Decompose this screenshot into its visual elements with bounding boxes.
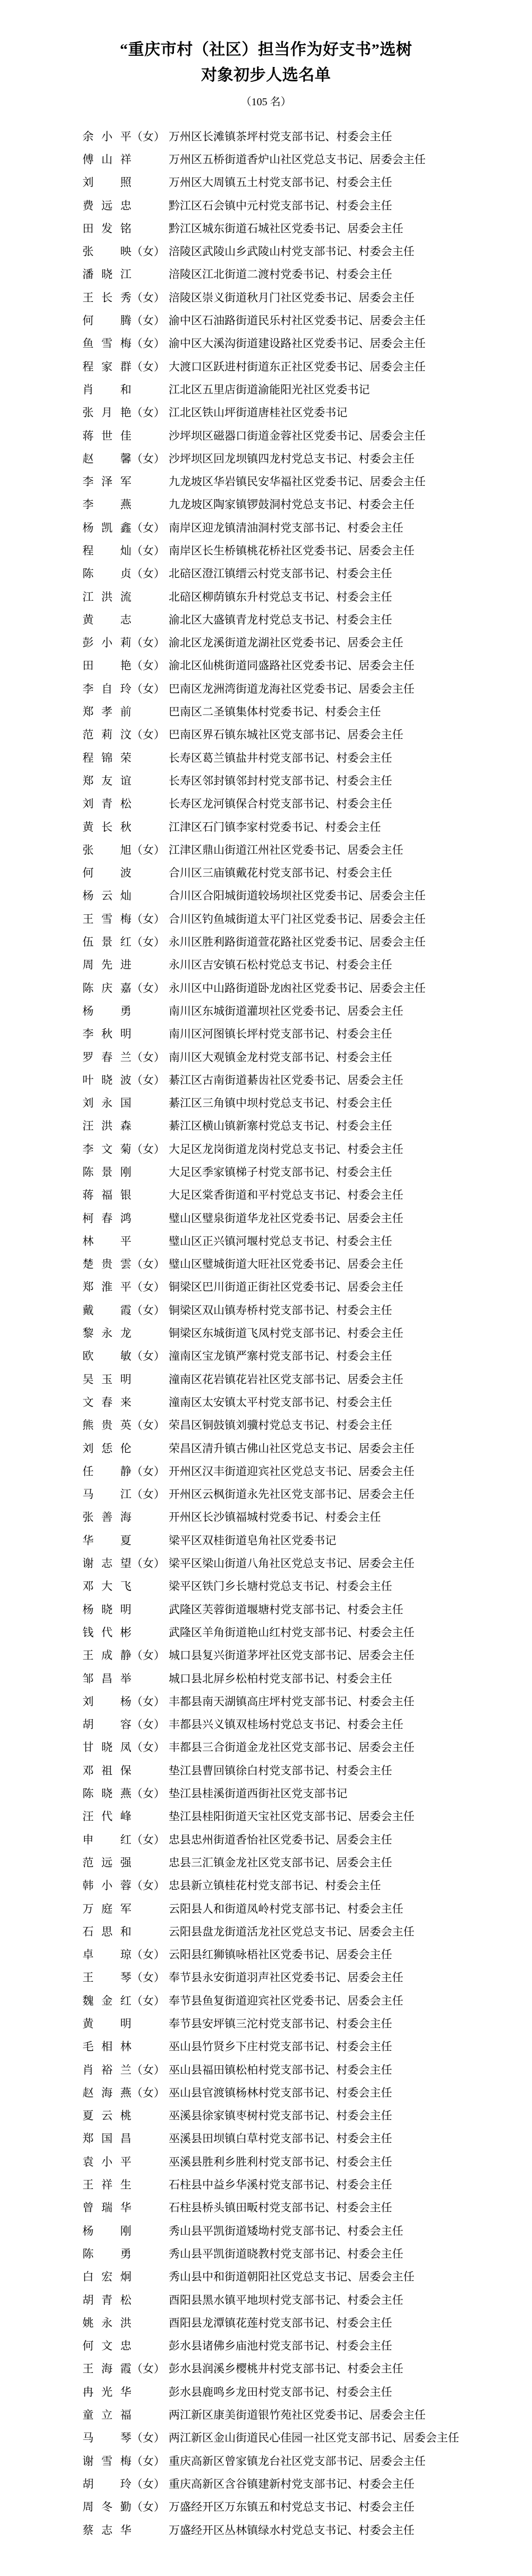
gender-label: （女） [131,1049,169,1065]
person-position: 渝中区石油路街道民乐村社区党委书记、居委会主任 [169,312,532,328]
list-item: 赵海燕 （女） 巫山县官渡镇杨林村党支部书记、村委会主任 [0,2081,532,2103]
person-name: 毛相林 [82,2038,131,2054]
gender-label: （女） [131,1647,169,1663]
person-name: 何文忠 [82,2337,131,2353]
list-item: 傅山祥 万州区五桥街道香炉山社区党总支书记、居委会主任 [0,147,532,170]
gender-label: （女） [131,634,169,650]
person-position: 万州区五桥街道香炉山社区党总支书记、居委会主任 [169,151,532,167]
list-item: 李文菊 （女） 大足区龙岗街道龙岗村党总支书记、村委会主任 [0,1137,532,1160]
person-position: 重庆高新区含谷镇建新村党支部书记、村委会主任 [169,2476,532,2491]
person-position: 沙坪坝区磁器口街道金蓉社区党委书记、居委会主任 [169,427,532,443]
list-item: 石思和 云阳县盘龙街道活龙社区党总支书记、居委会主任 [0,1920,532,1942]
list-item: 肖裕兰 （女） 巫山县福田镇松柏村党支部书记、村委会主任 [0,2058,532,2081]
person-position: 大足区龙岗街道龙岗村党总支书记、村委会主任 [169,1141,532,1157]
list-item: 熊贵英 （女） 荣昌区铜鼓镇刘骥村党总支书记、村委会主任 [0,1413,532,1436]
list-item: 马江 （女） 开州区云枫街道永先社区党支部书记、居委会主任 [0,1483,532,1505]
list-item: 蒋世佳 沙坪坝区磁器口街道金蓉社区党委书记、居委会主任 [0,424,532,447]
person-position: 巫溪县胜利乡胜利村党支部书记、村委会主任 [169,2153,532,2169]
person-position: 合川区三庙镇戴花村党支部书记、村委会主任 [169,864,532,880]
list-item: 李燕 九龙坡区陶家镇锣鼓洞村党总支书记、村委会主任 [0,493,532,516]
list-item: 鱼雪梅 （女） 渝中区大溪沟街道建设路社区党委书记、居委会主任 [0,332,532,355]
person-name: 张旭 [82,841,131,857]
gender-label: （女） [131,1463,169,1479]
gender-label: （女） [131,1946,169,1962]
person-position: 城口县北屏乡松柏村党支部书记、村委会主任 [169,1670,532,1686]
person-position: 巴南区界石镇东城社区党支部书记、居委会主任 [169,726,532,742]
person-position: 大渡口区跃进村街道东正社区党委书记、居委会主任 [169,358,532,374]
gender-label: （女） [131,1992,169,2008]
list-item: 杨云灿 合川区合阳城街道较场坝社区党委书记、居委会主任 [0,884,532,907]
person-position: 涪陵区武陵山乡武陵山村党支部书记、村委会主任 [169,243,532,259]
person-position: 合川区合阳城街道较场坝社区党委书记、居委会主任 [169,887,532,903]
list-item: 甘晓凤 （女） 丰都县三合街道金龙社区党支部书记、居委会主任 [0,1736,532,1758]
person-position: 黔江区城东街道石城社区党委书记、居委会主任 [169,220,532,236]
person-name: 任静 [82,1463,131,1479]
person-name: 潘晓江 [82,266,131,282]
person-name: 李燕 [82,496,131,512]
person-position: 南川区大观镇金龙村党支部书记、村委会主任 [169,1049,532,1065]
list-item: 白宏炯 秀山县中和街道朝阳社区党总支书记、居委会主任 [0,2265,532,2288]
gender-label: （女） [131,2453,169,2469]
person-name: 彭小莉 [82,634,131,650]
list-item: 田艳 （女） 渝北区仙桃街道同盛路社区党委书记、居委会主任 [0,654,532,677]
list-item: 杨晓明 武隆区芙蓉街道堰塘村党支部书记、村委会主任 [0,1597,532,1620]
list-item: 蔡志华 万盛经开区丛林镇绿水村党总支书记、村委会主任 [0,2518,532,2541]
list-item: 郑国昌 巫溪县田坝镇白草村党支部书记、村委会主任 [0,2127,532,2150]
list-item: 刘杨 （女） 丰都县南天湖镇高庄坪村党支部书记、村委会主任 [0,1689,532,1712]
list-item: 柯春鸿 璧山区璧泉街道华龙社区党委书记、居委会主任 [0,1206,532,1229]
person-position: 垫江县桂溪街道西街社区党支部书记 [169,1785,532,1801]
list-item: 杨刚 秀山县平凯街道矮坳村党支部书记、村委会主任 [0,2219,532,2242]
list-item: 张旭 （女） 江津区鼎山街道江州社区党委书记、居委会主任 [0,838,532,861]
person-position: 丰都县三合街道金龙社区党支部书记、居委会主任 [169,1739,532,1755]
person-position: 北碚区柳荫镇东升村党总支书记、村委会主任 [169,588,532,604]
list-item: 童立福 两江新区康美街道银竹苑社区党委书记、居委会主任 [0,2403,532,2426]
gender-label: （女） [131,2498,169,2514]
person-position: 巫溪县田坝镇白草村党支部书记、村委会主任 [169,2130,532,2146]
person-name: 文春来 [82,1394,131,1410]
list-item: 陈晓燕 （女） 垫江县桂溪街道西街社区党支部书记 [0,1781,532,1804]
gender-label: （女） [131,1785,169,1801]
person-position: 涪陵区崇义街道秋月门社区党委书记、居委会主任 [169,289,532,305]
person-position: 重庆高新区曾家镇龙台社区党支部书记、居委会主任 [169,2453,532,2469]
person-name: 黄明 [82,2015,131,2031]
gender-label: （女） [131,680,169,696]
person-position: 万州区大周镇五土村党支部书记、村委会主任 [169,174,532,190]
person-name: 魏金红 [82,1992,131,2008]
list-item: 程锦荣 长寿区葛兰镇盐井村党支部书记、村委会主任 [0,746,532,769]
person-position: 南川区东城街道灌坝社区党委书记、居委会主任 [169,1003,532,1018]
person-position: 秀山县中和街道朝阳社区党总支书记、居委会主任 [169,2268,532,2284]
person-name: 程锦荣 [82,750,131,765]
list-item: 刘永国 綦江区三角镇中坝村党总支书记、村委会主任 [0,1091,532,1114]
person-name: 袁小平 [82,2153,131,2169]
list-item: 蒋福银 大足区棠香街道和平村党总支书记、村委会主任 [0,1183,532,1206]
gender-label: （女） [131,1348,169,1363]
list-item: 郑友谊 长寿区邻封镇邻封村党支部书记、村委会主任 [0,769,532,792]
person-name: 胡青松 [82,2292,131,2308]
list-item: 赵馨 （女） 沙坪坝区回龙坝镇四龙村党总支书记、村委会主任 [0,447,532,469]
person-position: 渝北区仙桃街道同盛路社区党委书记、居委会主任 [169,657,532,673]
person-position: 云阳县人和街道凤岭村党支部书记、村委会主任 [169,1900,532,1916]
list-item: 李自玲 （女） 巴南区龙洲湾街道龙海社区党委书记、居委会主任 [0,677,532,700]
person-position: 綦江区横山镇新寨村党总支书记、村委会主任 [169,1117,532,1133]
person-position: 忠县三汇镇金龙社区党支部书记、居委会主任 [169,1854,532,1870]
person-name: 蒋福银 [82,1186,131,1202]
person-position: 永川区胜利路街道萱花路社区党委书记、居委会主任 [169,933,532,949]
list-item: 张善海 开州区长沙镇福城村党委书记、村委会主任 [0,1505,532,1528]
list-item: 王成静 （女） 城口县复兴街道茅坪社区党支部书记、居委会主任 [0,1644,532,1666]
list-item: 伍景红 （女） 永川区胜利路街道萱花路社区党委书记、居委会主任 [0,930,532,953]
person-name: 江洪流 [82,588,131,604]
person-position: 綦江区古南街道綦齿社区党委书记、居委会主任 [169,1072,532,1088]
person-position: 璧山区璧城街道大旺社区党委书记、居委会主任 [169,1256,532,1272]
person-name: 陈贞 [82,565,131,581]
person-position: 梁平区双桂街道皂角社区党委书记 [169,1532,532,1548]
gender-label: （女） [131,1486,169,1502]
person-name: 张月艳 [82,404,131,420]
person-position: 南岸区长生桥镇桃花桥社区党委书记、居委会主任 [169,542,532,558]
list-item: 范莉汶 （女） 巴南区界石镇东城社区党支部书记、居委会主任 [0,723,532,746]
person-name: 石思和 [82,1923,131,1939]
list-item: 陈庆嘉 （女） 永川区中山路街道卧龙凼社区党委书记、居委会主任 [0,976,532,999]
list-item: 王雪梅 （女） 合川区钓鱼城街道太平门社区党委书记、居委会主任 [0,907,532,930]
gender-label: （女） [131,1417,169,1433]
person-name: 甘晓凤 [82,1739,131,1755]
person-position: 武隆区芙蓉街道堰塘村党支部书记、村委会主任 [169,1601,532,1617]
list-item: 卓琼 （女） 云阳县红狮镇咏梧社区党委书记、居委会主任 [0,1942,532,1965]
person-name: 童立福 [82,2406,131,2422]
person-name: 王海霞 [82,2360,131,2376]
person-position: 潼南区花岩镇花岩社区党支部书记、居委会主任 [169,1371,532,1387]
list-item: 邓祖保 垫江县曹回镇徐白村党支部书记、村委会主任 [0,1758,532,1781]
person-position: 巫山县官渡镇杨林村党支部书记、村委会主任 [169,2084,532,2100]
person-name: 马江 [82,1486,131,1502]
person-position: 云阳县红狮镇咏梧社区党委书记、居委会主任 [169,1946,532,1962]
person-position: 万盛经开区丛林镇绿水村党总支书记、村委会主任 [169,2522,532,2538]
list-item: 杨勇 南川区东城街道灌坝社区党委书记、居委会主任 [0,999,532,1022]
person-name: 冉光华 [82,2384,131,2400]
person-name: 何波 [82,864,131,880]
person-position: 大足区季家镇梯子村党支部书记、村委会主任 [169,1164,532,1180]
list-item: 费远忠 黔江区石会镇中元村党支部书记、村委会主任 [0,193,532,216]
gender-label: （女） [131,519,169,535]
person-position: 江北区铁山坪街道唐桂社区党委书记 [169,404,532,420]
person-name: 张善海 [82,1509,131,1525]
person-position: 巫山县竹贤乡下庄村党支部书记、村委会主任 [169,2038,532,2054]
person-position: 江津区石门镇李家村党委书记、村委会主任 [169,819,532,835]
person-name: 刘青松 [82,795,131,811]
list-item: 余小平 （女） 万州区长滩镇茶坪村党支部书记、村委会主任 [0,124,532,147]
person-name: 林平 [82,1233,131,1249]
person-position: 万州区长滩镇茶坪村党支部书记、村委会主任 [169,128,532,144]
person-name: 马琴 [82,2429,131,2445]
gender-label: （女） [131,565,169,581]
person-name: 陈庆嘉 [82,980,131,996]
list-item: 冉光华 彭水县鹿鸣乡龙田村党支部书记、村委会主任 [0,2380,532,2403]
person-position: 丰都县兴义镇双桂场村党总支书记、村委会主任 [169,1716,532,1732]
person-name: 王祥生 [82,2176,131,2192]
person-position: 云阳县盘龙街道活龙社区党总支书记、居委会主任 [169,1923,532,1939]
gender-label: （女） [131,289,169,305]
person-position: 开州区长沙镇福城村党委书记、村委会主任 [169,1509,532,1525]
person-position: 璧山区璧泉街道华龙社区党委书记、居委会主任 [169,1210,532,1226]
list-item: 申红 （女） 忠县忠州街道香怡社区党委书记、居委会主任 [0,1828,532,1850]
person-position: 黔江区石会镇中元村党支部书记、村委会主任 [169,197,532,213]
list-item: 陈景刚 大足区季家镇梯子村党支部书记、村委会主任 [0,1160,532,1183]
gender-label: （女） [131,128,169,144]
person-position: 酉阳县龙潭镇花莲村党支部书记、村委会主任 [169,2314,532,2330]
document-title: “重庆市村（社区）担当作为好支书”选树 对象初步人选名单 [0,0,532,88]
person-position: 合川区钓鱼城街道太平门社区党委书记、居委会主任 [169,911,532,927]
list-item: 程家群 （女） 大渡口区跃进村街道东正社区党委书记、居委会主任 [0,355,532,377]
person-position: 北碚区澄江镇缙云村党支部书记、村委会主任 [169,565,532,581]
list-item: 任静 （女） 开州区汉丰街道迎宾社区党总支书记、居委会主任 [0,1459,532,1482]
person-name: 鱼雪梅 [82,335,131,351]
person-position: 垫江县桂阳街道天宝社区党支部书记、居委会主任 [169,1808,532,1824]
person-position: 忠县新立镇桂花村党支部书记、村委会主任 [169,1877,532,1893]
person-position: 万盛经开区万东镇五和村党总支书记、村委会主任 [169,2498,532,2514]
person-position: 石柱县桥头镇田畈村党支部书记、村委会主任 [169,2199,532,2215]
gender-label: （女） [131,2084,169,2100]
gender-label: （女） [131,1141,169,1157]
person-position: 秀山县平凯街道晓教村党支部书记、村委会主任 [169,2245,532,2261]
list-item: 王琴 （女） 奉节县永安街道羽声社区党委书记、居委会主任 [0,1966,532,1989]
list-item: 马琴 （女） 两江新区金山街道民心佳园一社区党支部书记、居委会主任 [0,2426,532,2449]
person-name: 姚永洪 [82,2314,131,2330]
person-position: 开州区云枫街道永先社区党支部书记、居委会主任 [169,1486,532,1502]
person-position: 渝北区龙溪街道龙湖社区党委书记、居委会主任 [169,634,532,650]
list-item: 王祥生 石柱县中益乡华溪村党支部书记、村委会主任 [0,2173,532,2195]
gender-label: （女） [131,335,169,351]
list-item: 黎永龙 铜梁区东城街道飞凤村党支部书记、村委会主任 [0,1321,532,1344]
person-name: 程家群 [82,358,131,374]
person-position: 酉阳县黑水镇平地坝村党支部书记、村委会主任 [169,2292,532,2308]
gender-label: （女） [131,2360,169,2376]
list-item: 邹昌举 城口县北屏乡松柏村党支部书记、村委会主任 [0,1666,532,1689]
person-name: 华夏 [82,1532,131,1548]
gender-label: （女） [131,1739,169,1755]
person-name: 杨晓明 [82,1601,131,1617]
person-name: 欧敏 [82,1348,131,1363]
list-item: 周先进 永川区吉安镇石松村党总支书记、村委会主任 [0,953,532,976]
person-name: 伍景红 [82,933,131,949]
list-item: 潘晓江 涪陵区江北街道二渡村党委书记、村委会主任 [0,263,532,285]
person-name: 张映 [82,243,131,259]
person-position: 九龙坡区陶家镇锣鼓洞村党总支书记、村委会主任 [169,496,532,512]
person-position: 长寿区邻封镇邻封村党支部书记、村委会主任 [169,772,532,788]
person-name: 李自玲 [82,680,131,696]
person-name: 周冬勤 [82,2498,131,2514]
person-position: 渝北区大盛镇青龙村党总支书记、村委会主任 [169,611,532,627]
list-item: 华夏 梁平区双桂街道皂角社区党委书记 [0,1528,532,1551]
list-item: 黄长秋 江津区石门镇李家村党委书记、村委会主任 [0,815,532,838]
person-position: 江北区五里店街道渝能阳光社区党委书记 [169,381,532,397]
person-position: 巴南区二圣镇集体村党委书记、村委会主任 [169,703,532,719]
person-position: 沙坪坝区回龙坝镇四龙村党总支书记、村委会主任 [169,450,532,466]
gender-label: （女） [131,1716,169,1732]
person-name: 李秋明 [82,1025,131,1041]
person-name: 郑国昌 [82,2130,131,2146]
person-position: 璧山区正兴镇河堰村党总支书记、村委会主任 [169,1233,532,1249]
person-name: 黎永龙 [82,1325,131,1341]
list-item: 刘恁伦 荣昌区清升镇古佛山社区党总支书记、居委会主任 [0,1436,532,1459]
gender-label: （女） [131,1693,169,1709]
gender-label: （女） [131,1831,169,1847]
title-line-2: 对象初步人选名单 [0,63,532,88]
gender-label: （女） [131,1555,169,1571]
person-name: 蒋世佳 [82,427,131,443]
list-item: 万庭军 云阳县人和街道凤岭村党支部书记、村委会主任 [0,1897,532,1920]
person-name: 陈勇 [82,2245,131,2261]
list-item: 毛相林 巫山县竹贤乡下庄村党支部书记、村委会主任 [0,2035,532,2058]
person-name: 余小平 [82,128,131,144]
person-name: 田发铭 [82,220,131,236]
person-name: 杨云灿 [82,887,131,903]
person-name: 谢雪梅 [82,2453,131,2469]
person-name: 费远忠 [82,197,131,213]
person-name: 黄长秋 [82,819,131,835]
person-name: 申红 [82,1831,131,1847]
person-position: 巫山县福田镇松柏村党支部书记、村委会主任 [169,2061,532,2077]
person-position: 两江新区康美街道银竹苑社区党委书记、居委会主任 [169,2406,532,2422]
person-position: 九龙坡区华岩镇民安华福社区党委书记、居委会主任 [169,473,532,489]
gender-label: （女） [131,726,169,742]
list-item: 谢志望 （女） 梁平区梁山街道八角社区党总支书记、居委会主任 [0,1551,532,1574]
document-page: “重庆市村（社区）担当作为好支书”选树 对象初步人选名单 （105 名） 余小平… [0,0,532,2576]
person-position: 忠县忠州街道香怡社区党委书记、居委会主任 [169,1831,532,1847]
list-item: 李秋明 南川区河图镇长坪村党支部书记、村委会主任 [0,1022,532,1045]
gender-label: （女） [131,1256,169,1272]
person-position: 垫江县曹回镇徐白村党支部书记、村委会主任 [169,1762,532,1778]
list-item: 田发铭 黔江区城东街道石城社区党委书记、居委会主任 [0,216,532,239]
person-position: 永川区中山路街道卧龙凼社区党委书记、居委会主任 [169,980,532,996]
person-name: 黄志 [82,611,131,627]
list-item: 文春来 潼南区太安镇太平村党支部书记、村委会主任 [0,1390,532,1413]
candidate-list: 余小平 （女） 万州区长滩镇茶坪村党支部书记、村委会主任 傅山祥 万州区五桥街道… [0,124,532,2541]
gender-label: （女） [131,911,169,927]
list-item: 吴玉明 潼南区花岩镇花岩社区党支部书记、居委会主任 [0,1367,532,1390]
person-position: 奉节县鱼复街道迎宾社区党委书记、居委会主任 [169,1992,532,2008]
gender-label: （女） [131,1969,169,1985]
list-item: 刘青松 长寿区龙河镇保合村党支部书记、村委会主任 [0,792,532,815]
gender-label: （女） [131,404,169,420]
list-item: 林平 璧山区正兴镇河堰村党总支书记、村委会主任 [0,1229,532,1252]
person-name: 郑淮平 [82,1278,131,1294]
person-name: 汪代峰 [82,1808,131,1824]
person-name: 陈晓燕 [82,1785,131,1801]
gender-label: （女） [131,1877,169,1893]
list-item: 何波 合川区三庙镇戴花村党支部书记、村委会主任 [0,861,532,884]
person-position: 石柱县中益乡华溪村党支部书记、村委会主任 [169,2176,532,2192]
person-position: 铜梁区东城街道飞凤村党支部书记、村委会主任 [169,1325,532,1341]
person-name: 程灿 [82,542,131,558]
person-name: 杨刚 [82,2223,131,2238]
person-name: 刘杨 [82,1693,131,1709]
person-name: 肖裕兰 [82,2061,131,2077]
gender-label: （女） [131,1278,169,1294]
gender-label: （女） [131,933,169,949]
person-position: 潼南区太安镇太平村党支部书记、村委会主任 [169,1394,532,1410]
list-item: 魏金红 （女） 奉节县鱼复街道迎宾社区党委书记、居委会主任 [0,1989,532,2011]
list-item: 曾瑞华 石柱县桥头镇田畈村党支部书记、村委会主任 [0,2196,532,2219]
person-name: 邓祖保 [82,1762,131,1778]
list-item: 张月艳 （女） 江北区铁山坪街道唐桂社区党委书记 [0,401,532,424]
person-position: 梁平区梁山街道八角社区党总支书记、居委会主任 [169,1555,532,1571]
person-name: 夏云桃 [82,2107,131,2123]
list-item: 胡玲 （女） 重庆高新区含谷镇建新村党支部书记、村委会主任 [0,2472,532,2495]
list-item: 李泽军 九龙坡区华岩镇民安华福社区党委书记、居委会主任 [0,469,532,492]
person-name: 王长秀 [82,289,131,305]
person-name: 韩小蓉 [82,1877,131,1893]
person-name: 戴霞 [82,1302,131,1318]
gender-label: （女） [131,243,169,259]
list-item: 彭小莉 （女） 渝北区龙溪街道龙湖社区党委书记、居委会主任 [0,631,532,654]
list-item: 姚永洪 酉阳县龙潭镇花莲村党支部书记、村委会主任 [0,2311,532,2334]
person-position: 长寿区龙河镇保合村党支部书记、村委会主任 [169,795,532,811]
person-position: 铜梁区双山镇寿桥村党支部书记、村委会主任 [169,1302,532,1318]
person-name: 陈景刚 [82,1164,131,1180]
person-name: 熊贵英 [82,1417,131,1433]
person-position: 潼南区宝龙镇严寨村党支部书记、村委会主任 [169,1348,532,1363]
list-item: 戴霞 （女） 铜梁区双山镇寿桥村党支部书记、村委会主任 [0,1298,532,1321]
person-name: 白宏炯 [82,2268,131,2284]
list-item: 何腾 （女） 渝中区石油路街道民乐村社区党委书记、居委会主任 [0,308,532,331]
person-name: 吴玉明 [82,1371,131,1387]
title-line-1: “重庆市村（社区）担当作为好支书”选树 [0,37,532,63]
person-name: 赵馨 [82,450,131,466]
gender-label: （女） [131,2061,169,2077]
gender-label: （女） [131,450,169,466]
list-item: 杨凯鑫 （女） 南岸区迎龙镇清油洞村党支部书记、村委会主任 [0,516,532,538]
person-position: 梁平区铁门乡长塘村党总支书记、村委会主任 [169,1578,532,1594]
gender-label: （女） [131,2476,169,2491]
gender-label: （女） [131,2429,169,2445]
list-item: 江洪流 北碚区柳荫镇东升村党总支书记、村委会主任 [0,585,532,608]
list-item: 何文忠 彭水县诸佛乡庙池村党支部书记、村委会主任 [0,2334,532,2357]
list-item: 谢雪梅 （女） 重庆高新区曾家镇龙台社区党支部书记、居委会主任 [0,2449,532,2472]
person-name: 王雪梅 [82,911,131,927]
person-position: 秀山县平凯街道矮坳村党支部书记、村委会主任 [169,2223,532,2238]
person-name: 罗春兰 [82,1049,131,1065]
person-name: 傅山祥 [82,151,131,167]
gender-label: （女） [131,1302,169,1318]
list-item: 邓大飞 梁平区铁门乡长塘村党总支书记、村委会主任 [0,1575,532,1597]
list-item: 程灿 （女） 南岸区长生桥镇桃花桥社区党委书记、居委会主任 [0,538,532,561]
list-item: 黄志 渝北区大盛镇青龙村党总支书记、村委会主任 [0,608,532,630]
person-name: 叶晓波 [82,1072,131,1088]
person-name: 曾瑞华 [82,2199,131,2215]
person-name: 钱代彬 [82,1624,131,1640]
person-position: 彭水县润溪乡樱桃井村党支部书记、村委会主任 [169,2360,532,2376]
person-name: 柯春鸿 [82,1210,131,1226]
person-position: 丰都县南天湖镇高庄坪村党支部书记、村委会主任 [169,1693,532,1709]
gender-label: （女） [131,1072,169,1088]
person-name: 肖和 [82,381,131,397]
list-item: 楚贵雲 （女） 璧山区璧城街道大旺社区党委书记、居委会主任 [0,1252,532,1275]
person-position: 巫溪县徐家镇枣树村党支部书记、村委会主任 [169,2107,532,2123]
list-item: 汪洪森 綦江区横山镇新寨村党总支书记、村委会主任 [0,1114,532,1137]
person-name: 范远强 [82,1854,131,1870]
person-position: 荣昌区清升镇古佛山社区党总支书记、居委会主任 [169,1440,532,1456]
list-item: 周冬勤 （女） 万盛经开区万东镇五和村党总支书记、村委会主任 [0,2495,532,2518]
person-name: 范莉汶 [82,726,131,742]
list-item: 黄明 奉节县安坪镇三沱村党支部书记、村委会主任 [0,2011,532,2034]
list-item: 陈勇 秀山县平凯街道晓教村党支部书记、村委会主任 [0,2242,532,2264]
person-position: 荣昌区铜鼓镇刘骥村党总支书记、村委会主任 [169,1417,532,1433]
person-name: 田艳 [82,657,131,673]
list-item: 范远强 忠县三汇镇金龙社区党支部书记、居委会主任 [0,1850,532,1873]
